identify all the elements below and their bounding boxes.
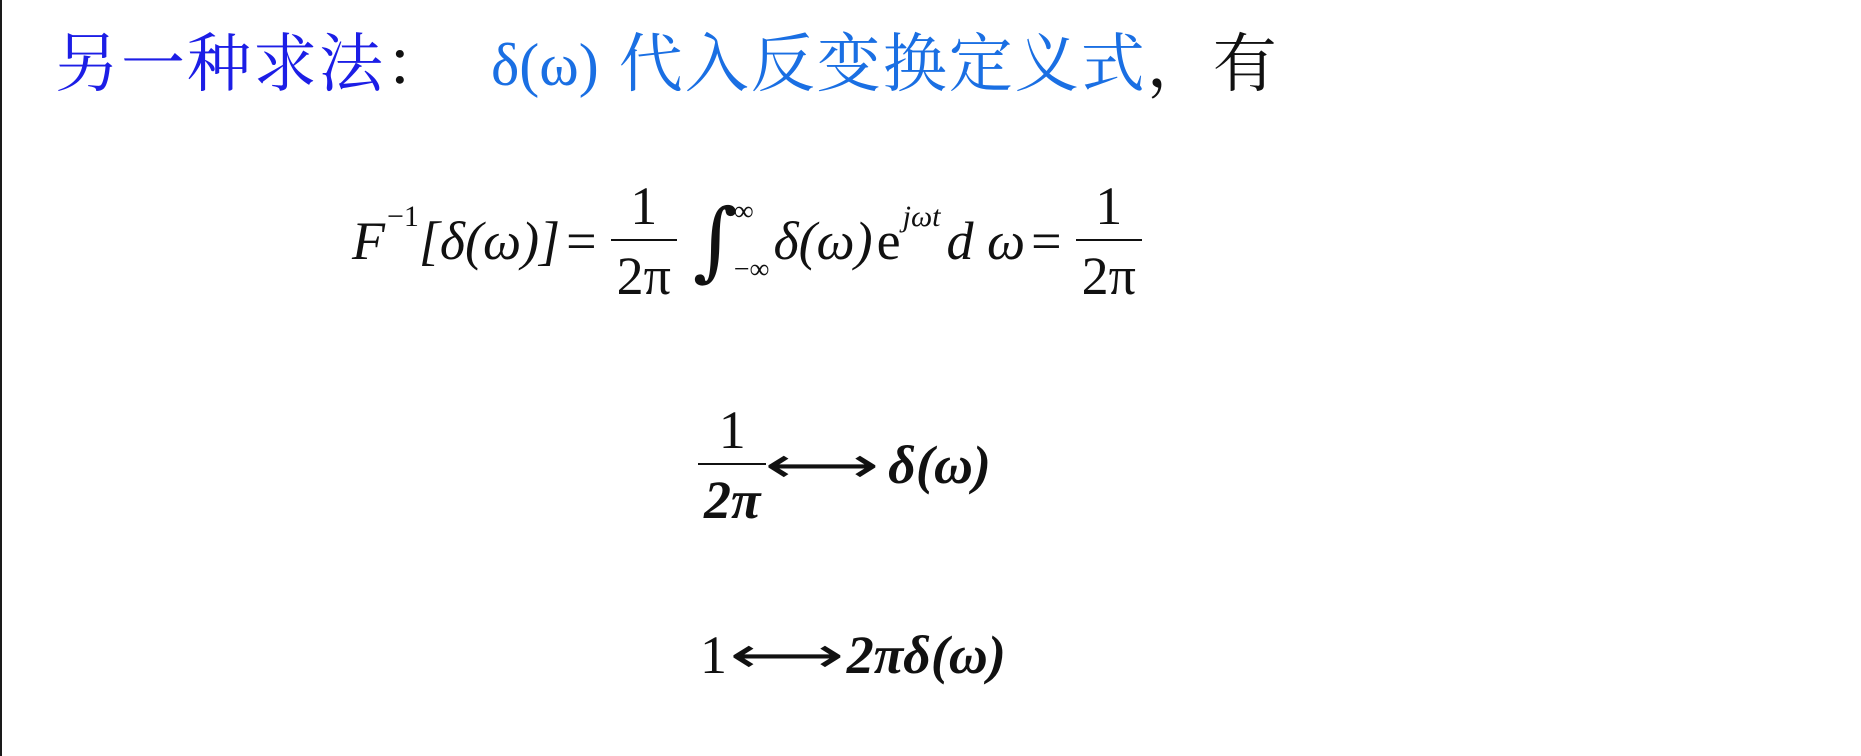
equals-sign: = xyxy=(566,210,596,272)
slide-title: 另一种求法 ： δ(ω) 代入反变换定义式 ，有 xyxy=(55,20,1279,110)
title-delta-symbol: δ(ω) xyxy=(491,20,599,110)
double-arrow-icon: ⟷ xyxy=(729,626,844,684)
exp-base: e xyxy=(877,210,901,272)
lhs-argument: [δ(ω)] xyxy=(419,210,560,272)
title-description: 代入反变换定义式 xyxy=(619,20,1147,110)
pair-rhs: 2πδ(ω) xyxy=(847,624,1006,686)
operator-f: F xyxy=(352,210,385,272)
fraction-one-over-two-pi: 1 2π xyxy=(611,179,677,303)
title-colon: ： xyxy=(385,20,451,110)
double-arrow-icon: ⟷ xyxy=(765,436,880,494)
equation-inverse-transform: F −1 [δ(ω)] = 1 2π ∫ ∞ −∞ δ(ω) e jωt d ω… xyxy=(352,176,1150,306)
integral-sign-icon: ∫ xyxy=(693,198,738,284)
integral-lower: −∞ xyxy=(734,254,770,286)
slide-left-border xyxy=(0,0,2,756)
integral-limits: ∞ −∞ xyxy=(734,196,770,286)
integrand: δ(ω) xyxy=(773,210,872,272)
exp-power: jωt xyxy=(903,200,941,234)
integral-upper: ∞ xyxy=(734,196,770,228)
title-intro: 另一种求法 xyxy=(55,20,385,110)
superscript-inverse: −1 xyxy=(387,200,419,234)
equation-transform-pair-2: 1 ⟷ 2πδ(ω) xyxy=(700,615,1006,695)
title-tail: ，有 xyxy=(1147,20,1279,110)
fraction-one-over-two-pi: 1 2π xyxy=(698,403,766,527)
pair-rhs: δ(ω) xyxy=(888,434,991,496)
differential: d ω xyxy=(947,210,1026,272)
integral: ∫ ∞ −∞ xyxy=(693,196,770,286)
equation-transform-pair-1: 1 2π ⟷ δ(ω) xyxy=(690,400,991,530)
pair-lhs: 1 xyxy=(700,624,727,686)
equals-sign-2: = xyxy=(1031,210,1061,272)
result-fraction: 1 2π xyxy=(1076,179,1142,303)
